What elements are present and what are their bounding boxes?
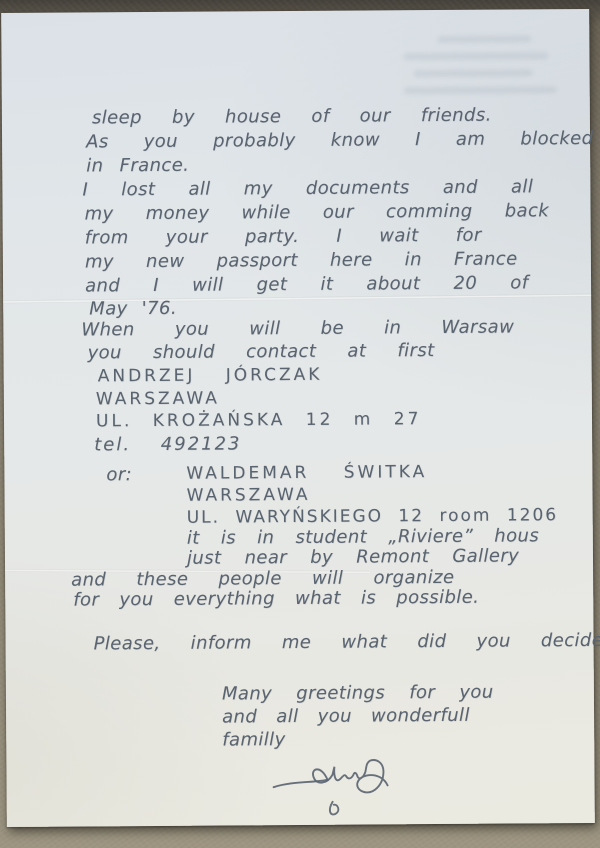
- contact-primary-address: UL. KROŻAŃSKA 12 m 27: [96, 407, 580, 433]
- alternative-label: or:: [106, 462, 187, 570]
- letter-line: As you probably know I am blocked: [86, 127, 578, 154]
- letter-line: and I will get it about 20 of: [85, 271, 579, 298]
- contact-alternative-city: WARSZAWA: [186, 482, 558, 507]
- bleedthrough-text: [403, 35, 573, 104]
- contact-alternative-name: WALDEMAR ŚWITKA: [186, 460, 558, 485]
- letter-line: for you everything what is possible.: [73, 587, 581, 611]
- contact-alternative-block: or: WALDEMAR ŚWITKA WARSZAWA UL. WARYŃSK…: [94, 460, 581, 570]
- letter-line: from your party. I wait for: [85, 223, 579, 250]
- contact-primary-phone: tel. 492123: [94, 430, 580, 456]
- letter-line: my new passport here in France: [85, 247, 579, 274]
- letter-line: sleep by house of our friends.: [92, 103, 578, 130]
- contact-primary-name: ANDRZEJ JÓRCZAK: [98, 362, 580, 388]
- signature-scribble: [270, 752, 402, 825]
- closing-block: Many greetings for you and all you wonde…: [222, 680, 582, 752]
- closing-line: Many greetings for you: [222, 680, 582, 706]
- letter-line: in France.: [86, 151, 578, 178]
- letter-line: I lost all my documents and all: [82, 175, 578, 202]
- letter-line: just near by Remont Gallery: [187, 546, 559, 569]
- contact-primary-city: WARSZAWA: [96, 385, 580, 411]
- letter-line: Please, inform me what did you decide.: [93, 629, 581, 656]
- letter-line: When you will be in Warsaw: [81, 316, 579, 341]
- letter-paper: sleep by house of our friends. As you pr…: [1, 9, 595, 827]
- letter-body: sleep by house of our friends. As you pr…: [92, 103, 582, 752]
- closing-line: and all you wonderfull: [222, 703, 582, 729]
- letter-line: you should contact at first: [87, 338, 579, 365]
- closing-line: familly: [222, 726, 582, 752]
- letter-line: my money while our comming back: [84, 199, 578, 226]
